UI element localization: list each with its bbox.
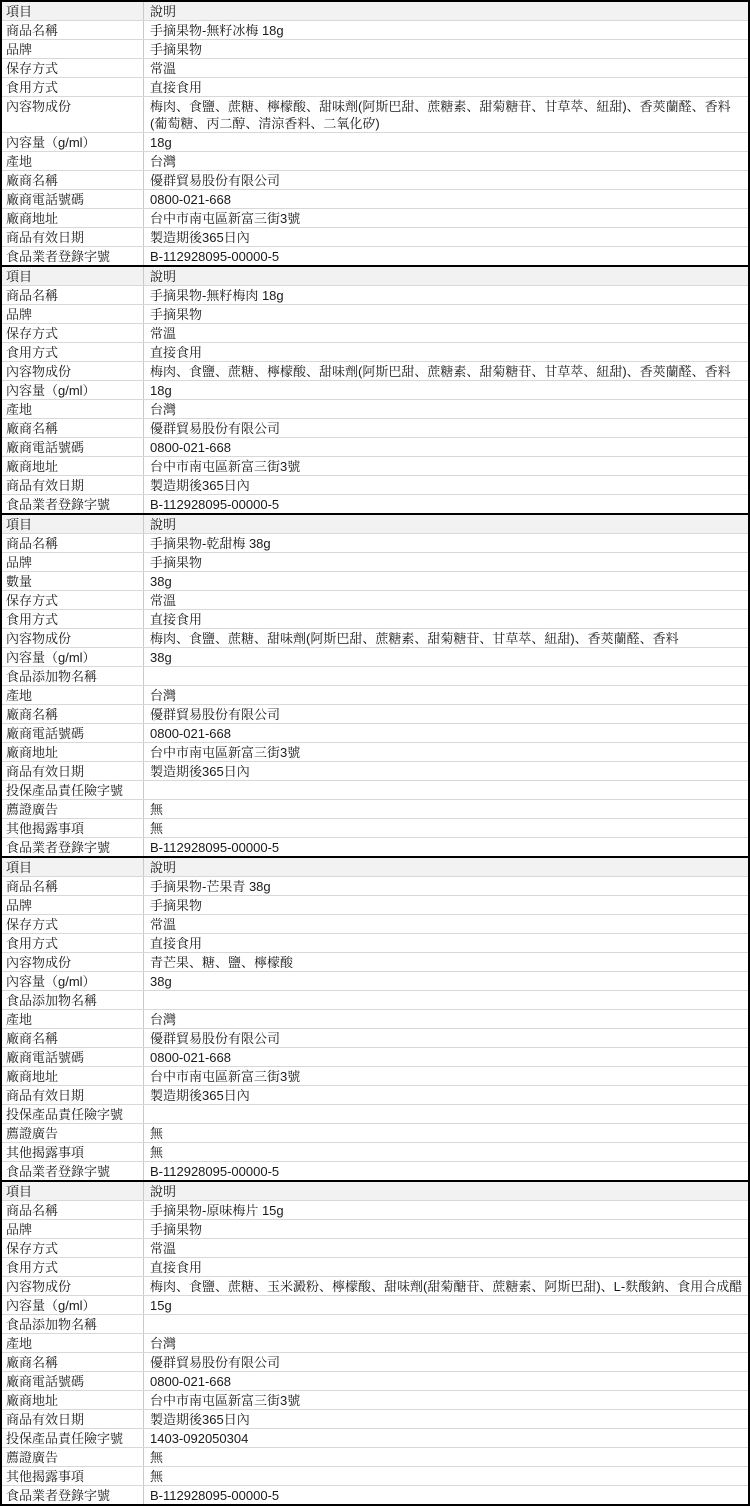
spec-row: 內容物成份梅肉、食鹽、蔗糖、玉米澱粉、檸檬酸、甜味劑(甜菊醣苷、蔗糖素、阿斯巴甜… bbox=[2, 1277, 748, 1296]
spec-value: 手摘果物 bbox=[144, 553, 748, 571]
spec-value: B-112928095-00000-5 bbox=[144, 1486, 748, 1504]
spec-label: 食用方式 bbox=[2, 343, 144, 361]
spec-row: 投保產品責任險字號 bbox=[2, 781, 748, 800]
spec-row: 食用方式直接食用 bbox=[2, 610, 748, 629]
column-header-item: 項目 bbox=[2, 515, 144, 533]
spec-row: 廠商名稱優群貿易股份有限公司 bbox=[2, 1029, 748, 1048]
spec-label: 廠商地址 bbox=[2, 743, 144, 761]
spec-row: 產地台灣 bbox=[2, 686, 748, 705]
spec-value: 製造期後365日內 bbox=[144, 1410, 748, 1428]
spec-label: 內容量（g/ml） bbox=[2, 972, 144, 990]
spec-value: 直接食用 bbox=[144, 934, 748, 952]
spec-row: 品牌手摘果物 bbox=[2, 40, 748, 59]
spec-label: 食用方式 bbox=[2, 934, 144, 952]
column-header-description: 說明 bbox=[144, 1182, 748, 1200]
spec-row: 保存方式常溫 bbox=[2, 591, 748, 610]
spec-value: 18g bbox=[144, 381, 748, 399]
spec-value: 38g bbox=[144, 648, 748, 666]
spec-row: 廠商地址台中市南屯區新富三街3號 bbox=[2, 1067, 748, 1086]
spec-value: 手摘果物 bbox=[144, 305, 748, 323]
spec-value: 直接食用 bbox=[144, 610, 748, 628]
spec-label: 內容物成份 bbox=[2, 362, 144, 380]
spec-value bbox=[144, 667, 748, 685]
spec-row: 食品業者登錄字號B-112928095-00000-5 bbox=[2, 495, 748, 513]
spec-row: 廠商地址台中市南屯區新富三街3號 bbox=[2, 1391, 748, 1410]
spec-value: 製造期後365日內 bbox=[144, 762, 748, 780]
spec-label: 商品有效日期 bbox=[2, 762, 144, 780]
spec-label: 食品業者登錄字號 bbox=[2, 247, 144, 265]
spec-row: 廠商電話號碼0800-021-668 bbox=[2, 1048, 748, 1067]
spec-value: 直接食用 bbox=[144, 78, 748, 96]
spec-row: 其他揭露事項無 bbox=[2, 819, 748, 838]
spec-value bbox=[144, 1105, 748, 1123]
spec-row: 品牌手摘果物 bbox=[2, 305, 748, 324]
spec-value: 優群貿易股份有限公司 bbox=[144, 419, 748, 437]
spec-value: 手摘果物-無籽冰梅 18g bbox=[144, 21, 748, 39]
spec-value: 0800-021-668 bbox=[144, 1372, 748, 1390]
spec-row: 產地台灣 bbox=[2, 1334, 748, 1353]
spec-value: 直接食用 bbox=[144, 343, 748, 361]
spec-label: 商品名稱 bbox=[2, 534, 144, 552]
spec-label: 產地 bbox=[2, 686, 144, 704]
spec-label: 品牌 bbox=[2, 40, 144, 58]
spec-label: 食品添加物名稱 bbox=[2, 1315, 144, 1333]
spec-row: 品牌手摘果物 bbox=[2, 896, 748, 915]
product-spec-table: 項目說明商品名稱手摘果物-無籽梅肉 18g品牌手摘果物保存方式常溫食用方式直接食… bbox=[0, 265, 750, 513]
spec-value: 優群貿易股份有限公司 bbox=[144, 1029, 748, 1047]
spec-value: 青芒果、糖、鹽、檸檬酸 bbox=[144, 953, 748, 971]
spec-label: 品牌 bbox=[2, 553, 144, 571]
spec-label: 廠商電話號碼 bbox=[2, 1048, 144, 1066]
spec-row: 產地台灣 bbox=[2, 400, 748, 419]
spec-row: 保存方式常溫 bbox=[2, 915, 748, 934]
spec-label: 投保產品責任險字號 bbox=[2, 1105, 144, 1123]
spec-label: 食品添加物名稱 bbox=[2, 667, 144, 685]
spec-row: 內容量（g/ml）15g bbox=[2, 1296, 748, 1315]
spec-row: 商品名稱手摘果物-乾甜梅 38g bbox=[2, 534, 748, 553]
spec-value: 台中市南屯區新富三街3號 bbox=[144, 457, 748, 475]
spec-label: 投保產品責任險字號 bbox=[2, 781, 144, 799]
spec-label: 數量 bbox=[2, 572, 144, 590]
spec-row: 商品有效日期製造期後365日內 bbox=[2, 476, 748, 495]
spec-value: 常溫 bbox=[144, 324, 748, 342]
spec-value: 0800-021-668 bbox=[144, 1048, 748, 1066]
spec-value: 無 bbox=[144, 1467, 748, 1485]
spec-header-row: 項目說明 bbox=[2, 267, 748, 286]
spec-header-row: 項目說明 bbox=[2, 858, 748, 877]
spec-row: 食用方式直接食用 bbox=[2, 934, 748, 953]
spec-label: 廠商電話號碼 bbox=[2, 438, 144, 456]
spec-label: 品牌 bbox=[2, 1220, 144, 1238]
spec-row: 食品添加物名稱 bbox=[2, 991, 748, 1010]
spec-row: 廠商地址台中市南屯區新富三街3號 bbox=[2, 209, 748, 228]
spec-label: 產地 bbox=[2, 400, 144, 418]
spec-label: 產地 bbox=[2, 1010, 144, 1028]
spec-row: 保存方式常溫 bbox=[2, 59, 748, 78]
spec-value: 手摘果物-芒果青 38g bbox=[144, 877, 748, 895]
spec-value: 台中市南屯區新富三街3號 bbox=[144, 1067, 748, 1085]
spec-row: 商品名稱手摘果物-無籽梅肉 18g bbox=[2, 286, 748, 305]
spec-label: 薦證廣告 bbox=[2, 1124, 144, 1142]
spec-header-row: 項目說明 bbox=[2, 1182, 748, 1201]
spec-label: 商品有效日期 bbox=[2, 1086, 144, 1104]
spec-label: 產地 bbox=[2, 1334, 144, 1352]
spec-value: 台灣 bbox=[144, 1334, 748, 1352]
spec-label: 商品有效日期 bbox=[2, 476, 144, 494]
spec-row: 品牌手摘果物 bbox=[2, 1220, 748, 1239]
spec-label: 保存方式 bbox=[2, 591, 144, 609]
spec-header-row: 項目說明 bbox=[2, 2, 748, 21]
spec-value: 台中市南屯區新富三街3號 bbox=[144, 209, 748, 227]
spec-label: 廠商名稱 bbox=[2, 705, 144, 723]
spec-row: 其他揭露事項無 bbox=[2, 1467, 748, 1486]
spec-value: 常溫 bbox=[144, 1239, 748, 1257]
spec-label: 食用方式 bbox=[2, 78, 144, 96]
spec-row: 內容量（g/ml）38g bbox=[2, 648, 748, 667]
spec-label: 廠商地址 bbox=[2, 209, 144, 227]
spec-label: 投保產品責任險字號 bbox=[2, 1429, 144, 1447]
spec-value: 台灣 bbox=[144, 686, 748, 704]
spec-value: 台中市南屯區新富三街3號 bbox=[144, 1391, 748, 1409]
spec-value: 手摘果物-無籽梅肉 18g bbox=[144, 286, 748, 304]
spec-label: 商品名稱 bbox=[2, 1201, 144, 1219]
spec-label: 內容量（g/ml） bbox=[2, 1296, 144, 1314]
product-spec-table: 項目說明商品名稱手摘果物-無籽冰梅 18g品牌手摘果物保存方式常溫食用方式直接食… bbox=[0, 0, 750, 265]
column-header-item: 項目 bbox=[2, 1182, 144, 1200]
spec-label: 保存方式 bbox=[2, 915, 144, 933]
spec-value: 製造期後365日內 bbox=[144, 1086, 748, 1104]
spec-row: 食品業者登錄字號B-112928095-00000-5 bbox=[2, 247, 748, 265]
spec-value: 38g bbox=[144, 972, 748, 990]
spec-value: 無 bbox=[144, 1124, 748, 1142]
spec-value: 梅肉、食鹽、蔗糖、甜味劑(阿斯巴甜、蔗糖素、甜菊糖苷、甘草萃、紐甜)、香莢蘭醛、… bbox=[144, 629, 748, 647]
spec-row: 薦證廣告無 bbox=[2, 1124, 748, 1143]
spec-label: 內容量（g/ml） bbox=[2, 133, 144, 151]
spec-value: 製造期後365日內 bbox=[144, 228, 748, 246]
spec-value: 手摘果物 bbox=[144, 896, 748, 914]
spec-label: 廠商名稱 bbox=[2, 1353, 144, 1371]
spec-label: 廠商電話號碼 bbox=[2, 1372, 144, 1390]
spec-row: 內容物成份梅肉、食鹽、蔗糖、檸檬酸、甜味劑(阿斯巴甜、蔗糖素、甜菊糖苷、甘草萃、… bbox=[2, 97, 748, 133]
spec-label: 商品名稱 bbox=[2, 286, 144, 304]
spec-row: 食用方式直接食用 bbox=[2, 78, 748, 97]
spec-label: 內容物成份 bbox=[2, 953, 144, 971]
spec-row: 食品業者登錄字號B-112928095-00000-5 bbox=[2, 1486, 748, 1504]
spec-value: 18g bbox=[144, 133, 748, 151]
spec-label: 保存方式 bbox=[2, 324, 144, 342]
spec-label: 品牌 bbox=[2, 305, 144, 323]
spec-label: 廠商名稱 bbox=[2, 419, 144, 437]
spec-value: 無 bbox=[144, 1448, 748, 1466]
spec-label: 食品業者登錄字號 bbox=[2, 838, 144, 856]
spec-row: 投保產品責任險字號1403-092050304 bbox=[2, 1429, 748, 1448]
spec-label: 廠商電話號碼 bbox=[2, 724, 144, 742]
spec-value: 梅肉、食鹽、蔗糖、檸檬酸、甜味劑(阿斯巴甜、蔗糖素、甜菊糖苷、甘草萃、紐甜)、香… bbox=[144, 97, 748, 132]
spec-header-row: 項目說明 bbox=[2, 515, 748, 534]
spec-label: 內容物成份 bbox=[2, 97, 144, 132]
spec-row: 食品業者登錄字號B-112928095-00000-5 bbox=[2, 838, 748, 856]
spec-value: 無 bbox=[144, 819, 748, 837]
spec-row: 廠商名稱優群貿易股份有限公司 bbox=[2, 705, 748, 724]
spec-row: 商品有效日期製造期後365日內 bbox=[2, 762, 748, 781]
spec-value: 0800-021-668 bbox=[144, 438, 748, 456]
spec-row: 內容量（g/ml）18g bbox=[2, 133, 748, 152]
spec-row: 內容物成份梅肉、食鹽、蔗糖、甜味劑(阿斯巴甜、蔗糖素、甜菊糖苷、甘草萃、紐甜)、… bbox=[2, 629, 748, 648]
spec-row: 廠商電話號碼0800-021-668 bbox=[2, 1372, 748, 1391]
spec-value: 0800-021-668 bbox=[144, 724, 748, 742]
spec-row: 廠商地址台中市南屯區新富三街3號 bbox=[2, 457, 748, 476]
spec-value: 38g bbox=[144, 572, 748, 590]
column-header-description: 說明 bbox=[144, 267, 748, 285]
spec-value: 優群貿易股份有限公司 bbox=[144, 171, 748, 189]
spec-row: 廠商名稱優群貿易股份有限公司 bbox=[2, 419, 748, 438]
spec-row: 商品有效日期製造期後365日內 bbox=[2, 228, 748, 247]
spec-row: 商品有效日期製造期後365日內 bbox=[2, 1086, 748, 1105]
spec-value: 梅肉、食鹽、蔗糖、檸檬酸、甜味劑(阿斯巴甜、蔗糖素、甜菊糖苷、甘草萃、紐甜)、香… bbox=[144, 362, 748, 380]
spec-label: 廠商名稱 bbox=[2, 171, 144, 189]
product-spec-table: 項目說明商品名稱手摘果物-芒果青 38g品牌手摘果物保存方式常溫食用方式直接食用… bbox=[0, 856, 750, 1180]
spec-label: 保存方式 bbox=[2, 1239, 144, 1257]
spec-row: 廠商電話號碼0800-021-668 bbox=[2, 438, 748, 457]
spec-value: 常溫 bbox=[144, 59, 748, 77]
spec-value: 手摘果物-原味梅片 15g bbox=[144, 1201, 748, 1219]
spec-row: 產地台灣 bbox=[2, 152, 748, 171]
spec-row: 商品名稱手摘果物-芒果青 38g bbox=[2, 877, 748, 896]
spec-label: 薦證廣告 bbox=[2, 800, 144, 818]
spec-value: 無 bbox=[144, 800, 748, 818]
spec-row: 食用方式直接食用 bbox=[2, 343, 748, 362]
spec-row: 保存方式常溫 bbox=[2, 324, 748, 343]
spec-value: 梅肉、食鹽、蔗糖、玉米澱粉、檸檬酸、甜味劑(甜菊醣苷、蔗糖素、阿斯巴甜)、L-麩… bbox=[144, 1277, 748, 1295]
product-spec-list: 項目說明商品名稱手摘果物-無籽冰梅 18g品牌手摘果物保存方式常溫食用方式直接食… bbox=[0, 0, 750, 1506]
spec-row: 商品有效日期製造期後365日內 bbox=[2, 1410, 748, 1429]
spec-row: 廠商名稱優群貿易股份有限公司 bbox=[2, 1353, 748, 1372]
product-spec-table: 項目說明商品名稱手摘果物-乾甜梅 38g品牌手摘果物數量38g保存方式常溫食用方… bbox=[0, 513, 750, 856]
spec-label: 商品有效日期 bbox=[2, 1410, 144, 1428]
spec-value: 15g bbox=[144, 1296, 748, 1314]
spec-label: 品牌 bbox=[2, 896, 144, 914]
spec-value: 台灣 bbox=[144, 152, 748, 170]
spec-value bbox=[144, 991, 748, 1009]
column-header-description: 說明 bbox=[144, 515, 748, 533]
spec-value: B-112928095-00000-5 bbox=[144, 838, 748, 856]
spec-row: 廠商電話號碼0800-021-668 bbox=[2, 190, 748, 209]
spec-label: 商品有效日期 bbox=[2, 228, 144, 246]
column-header-item: 項目 bbox=[2, 2, 144, 20]
spec-label: 其他揭露事項 bbox=[2, 1143, 144, 1161]
spec-row: 商品名稱手摘果物-原味梅片 15g bbox=[2, 1201, 748, 1220]
spec-value: 手摘果物 bbox=[144, 1220, 748, 1238]
spec-value: 製造期後365日內 bbox=[144, 476, 748, 494]
spec-label: 食用方式 bbox=[2, 610, 144, 628]
spec-label: 其他揭露事項 bbox=[2, 819, 144, 837]
spec-value: 直接食用 bbox=[144, 1258, 748, 1276]
spec-value: 優群貿易股份有限公司 bbox=[144, 705, 748, 723]
spec-label: 內容量（g/ml） bbox=[2, 648, 144, 666]
spec-value: 台灣 bbox=[144, 1010, 748, 1028]
spec-value: 優群貿易股份有限公司 bbox=[144, 1353, 748, 1371]
column-header-item: 項目 bbox=[2, 267, 144, 285]
spec-label: 產地 bbox=[2, 152, 144, 170]
spec-row: 其他揭露事項無 bbox=[2, 1143, 748, 1162]
product-spec-table: 項目說明商品名稱手摘果物-原味梅片 15g品牌手摘果物保存方式常溫食用方式直接食… bbox=[0, 1180, 750, 1506]
spec-label: 食品業者登錄字號 bbox=[2, 495, 144, 513]
spec-value: 手摘果物-乾甜梅 38g bbox=[144, 534, 748, 552]
spec-value: B-112928095-00000-5 bbox=[144, 247, 748, 265]
spec-value: 台中市南屯區新富三街3號 bbox=[144, 743, 748, 761]
spec-label: 保存方式 bbox=[2, 59, 144, 77]
column-header-description: 說明 bbox=[144, 2, 748, 20]
spec-row: 內容量（g/ml）18g bbox=[2, 381, 748, 400]
spec-label: 食品添加物名稱 bbox=[2, 991, 144, 1009]
spec-value: 台灣 bbox=[144, 400, 748, 418]
spec-value: 常溫 bbox=[144, 591, 748, 609]
spec-value: 1403-092050304 bbox=[144, 1429, 748, 1447]
spec-value bbox=[144, 1315, 748, 1333]
spec-row: 廠商地址台中市南屯區新富三街3號 bbox=[2, 743, 748, 762]
spec-label: 內容物成份 bbox=[2, 1277, 144, 1295]
spec-label: 其他揭露事項 bbox=[2, 1467, 144, 1485]
spec-row: 投保產品責任險字號 bbox=[2, 1105, 748, 1124]
spec-row: 食品添加物名稱 bbox=[2, 667, 748, 686]
spec-row: 內容物成份梅肉、食鹽、蔗糖、檸檬酸、甜味劑(阿斯巴甜、蔗糖素、甜菊糖苷、甘草萃、… bbox=[2, 362, 748, 381]
spec-row: 食品添加物名稱 bbox=[2, 1315, 748, 1334]
spec-label: 廠商名稱 bbox=[2, 1029, 144, 1047]
spec-row: 薦證廣告無 bbox=[2, 1448, 748, 1467]
spec-row: 廠商電話號碼0800-021-668 bbox=[2, 724, 748, 743]
spec-row: 品牌手摘果物 bbox=[2, 553, 748, 572]
spec-label: 食用方式 bbox=[2, 1258, 144, 1276]
spec-label: 廠商電話號碼 bbox=[2, 190, 144, 208]
spec-label: 內容物成份 bbox=[2, 629, 144, 647]
spec-label: 食品業者登錄字號 bbox=[2, 1486, 144, 1504]
column-header-description: 說明 bbox=[144, 858, 748, 876]
spec-row: 廠商名稱優群貿易股份有限公司 bbox=[2, 171, 748, 190]
spec-value: 常溫 bbox=[144, 915, 748, 933]
spec-value: B-112928095-00000-5 bbox=[144, 495, 748, 513]
spec-label: 薦證廣告 bbox=[2, 1448, 144, 1466]
spec-value: B-112928095-00000-5 bbox=[144, 1162, 748, 1180]
spec-row: 數量38g bbox=[2, 572, 748, 591]
spec-row: 食用方式直接食用 bbox=[2, 1258, 748, 1277]
spec-label: 廠商地址 bbox=[2, 1067, 144, 1085]
column-header-item: 項目 bbox=[2, 858, 144, 876]
spec-row: 內容物成份青芒果、糖、鹽、檸檬酸 bbox=[2, 953, 748, 972]
spec-row: 食品業者登錄字號B-112928095-00000-5 bbox=[2, 1162, 748, 1180]
spec-value bbox=[144, 781, 748, 799]
spec-label: 商品名稱 bbox=[2, 21, 144, 39]
spec-label: 食品業者登錄字號 bbox=[2, 1162, 144, 1180]
spec-row: 內容量（g/ml）38g bbox=[2, 972, 748, 991]
spec-value: 無 bbox=[144, 1143, 748, 1161]
spec-row: 薦證廣告無 bbox=[2, 800, 748, 819]
spec-label: 廠商地址 bbox=[2, 1391, 144, 1409]
spec-row: 保存方式常溫 bbox=[2, 1239, 748, 1258]
spec-value: 0800-021-668 bbox=[144, 190, 748, 208]
spec-label: 廠商地址 bbox=[2, 457, 144, 475]
spec-label: 商品名稱 bbox=[2, 877, 144, 895]
spec-value: 手摘果物 bbox=[144, 40, 748, 58]
spec-row: 商品名稱手摘果物-無籽冰梅 18g bbox=[2, 21, 748, 40]
spec-label: 內容量（g/ml） bbox=[2, 381, 144, 399]
spec-row: 產地台灣 bbox=[2, 1010, 748, 1029]
